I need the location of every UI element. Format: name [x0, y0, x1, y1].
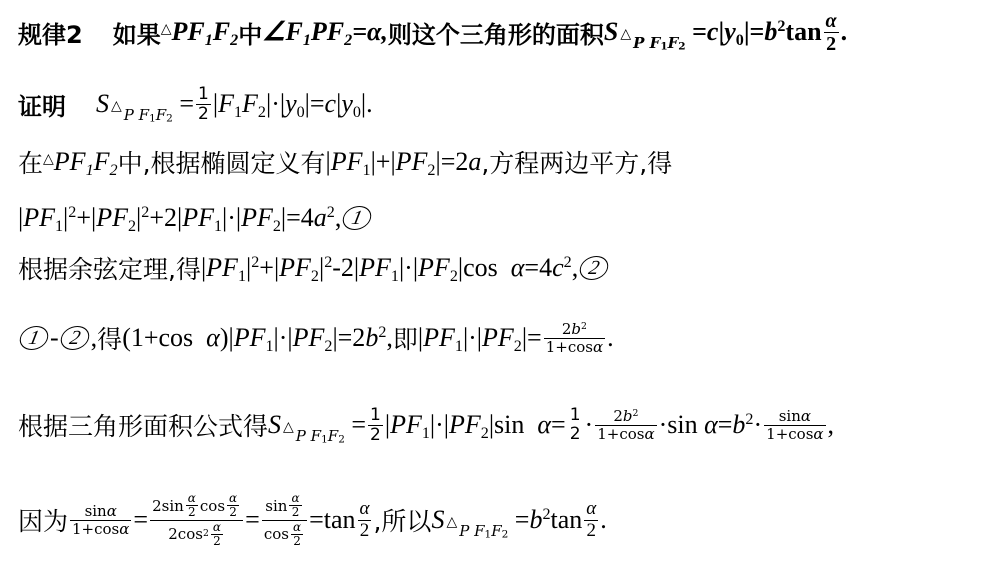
- half-fraction: 12: [196, 85, 211, 123]
- triangle-icon: △: [161, 21, 172, 37]
- proof-line-5: 1 - 2 , 得 (1+cos α)|PF1|·|PF2|=2b2, 即 |P…: [18, 310, 614, 366]
- proof-line-1: 证明 S△P F1F2 = 12 |F1F2|·|y0|=c|y0|.: [18, 80, 373, 128]
- half-fraction: 12: [368, 406, 383, 444]
- area-symbol: S△P F1F2: [96, 89, 173, 119]
- text-because: 因为: [18, 502, 68, 538]
- fraction-double-angle: 2sinα2cosα2 2cos2α2: [150, 492, 243, 548]
- text-cosine-law: 根据余弦定理,得: [18, 250, 201, 286]
- circled-2-ref: 2: [58, 326, 91, 350]
- text-ellipse-def: 中,根据椭圆定义有: [118, 144, 326, 180]
- equation-1: |PF1|2+|PF2|2+2|PF1|·|PF2|=4a2,: [18, 203, 341, 233]
- fraction-sin-over-cos-half: sinα2 cosα2: [262, 492, 307, 548]
- triangle-pf1f2: △PF1F2: [43, 147, 118, 177]
- text-area-formula: 根据三角形面积公式得: [18, 407, 268, 443]
- circled-1-ref: 1: [17, 326, 50, 350]
- rule-statement: 规律2 如果 △PF1F2 中 ∠F1PF2=α, 则这个三角形的面积 S△P …: [18, 8, 847, 56]
- proof-line-3: |PF1|2+|PF2|2+2|PF1|·|PF2|=4a2, 1: [18, 196, 373, 240]
- text-get: 得: [97, 320, 122, 356]
- area-result: =c|y0|=b2tan: [686, 17, 822, 47]
- proof-line-6: 根据三角形面积公式得 S△P F1F2 = 12 |PF1|·|PF2|sin …: [18, 396, 834, 454]
- text-namely: 即: [393, 320, 418, 356]
- proof-label: 证明: [18, 87, 66, 122]
- area-symbol: S△P F1F2: [604, 17, 686, 47]
- text-square-both: ,方程两边平方,得: [481, 144, 672, 180]
- fraction-2b2-over-1pluscos: 2b21+cosα: [544, 321, 605, 355]
- product-expression: |PF1|·|PF2|=: [418, 323, 542, 353]
- half-fraction: 12: [568, 406, 583, 443]
- proof-line-1-math: |F1F2|·|y0|=c|y0|.: [213, 89, 373, 119]
- fraction-2b2-over-1pluscos: 2b21+cosα: [595, 408, 656, 442]
- alpha-half-fraction: α2: [358, 499, 372, 542]
- proof-line-2: 在 △PF1F2 中,根据椭圆定义有 |PF1|+|PF2|=2a ,方程两边平…: [18, 140, 672, 184]
- alpha-half-fraction: α2: [584, 499, 598, 542]
- circled-1-label: 1: [341, 206, 374, 230]
- area-symbol: S△P F1F2: [268, 410, 345, 440]
- proof-line-4: 根据余弦定理,得 |PF1|2+|PF2|2-2|PF1|·|PF2|cos α…: [18, 246, 610, 290]
- rule-prefix: 如果: [113, 15, 161, 50]
- equation-2: |PF1|2+|PF2|2-2|PF1|·|PF2|cos α=4c2,: [201, 253, 578, 283]
- triangle-pf1f2: △PF1F2: [161, 17, 238, 47]
- area-product: |PF1|·|PF2|sin α=: [385, 410, 566, 440]
- angle-expression: ∠F1PF2=α,: [262, 17, 388, 47]
- alpha-half-fraction: α2: [824, 10, 839, 55]
- fraction-sin-over-1pluscos: sinα1+cosα: [70, 503, 131, 537]
- text-therefore: ,所以: [373, 502, 431, 538]
- rule-mid: 中: [238, 15, 262, 50]
- ellipse-sum: |PF1|+|PF2|=2a: [326, 147, 482, 177]
- rule-label: 规律2: [18, 15, 83, 50]
- fraction-sin-over-1pluscos: sinα1+cosα: [764, 408, 825, 442]
- text-in: 在: [18, 144, 43, 180]
- equation-diff: (1+cos α)|PF1|·|PF2|=2b2,: [122, 323, 393, 353]
- circled-2-label: 2: [578, 256, 611, 280]
- proof-line-7: 因为 sinα1+cosα = 2sinα2cosα2 2cos2α2 = si…: [18, 482, 607, 558]
- rule-tail: 则这个三角形的面积: [388, 15, 604, 50]
- area-symbol: S△P F1F2: [431, 505, 508, 535]
